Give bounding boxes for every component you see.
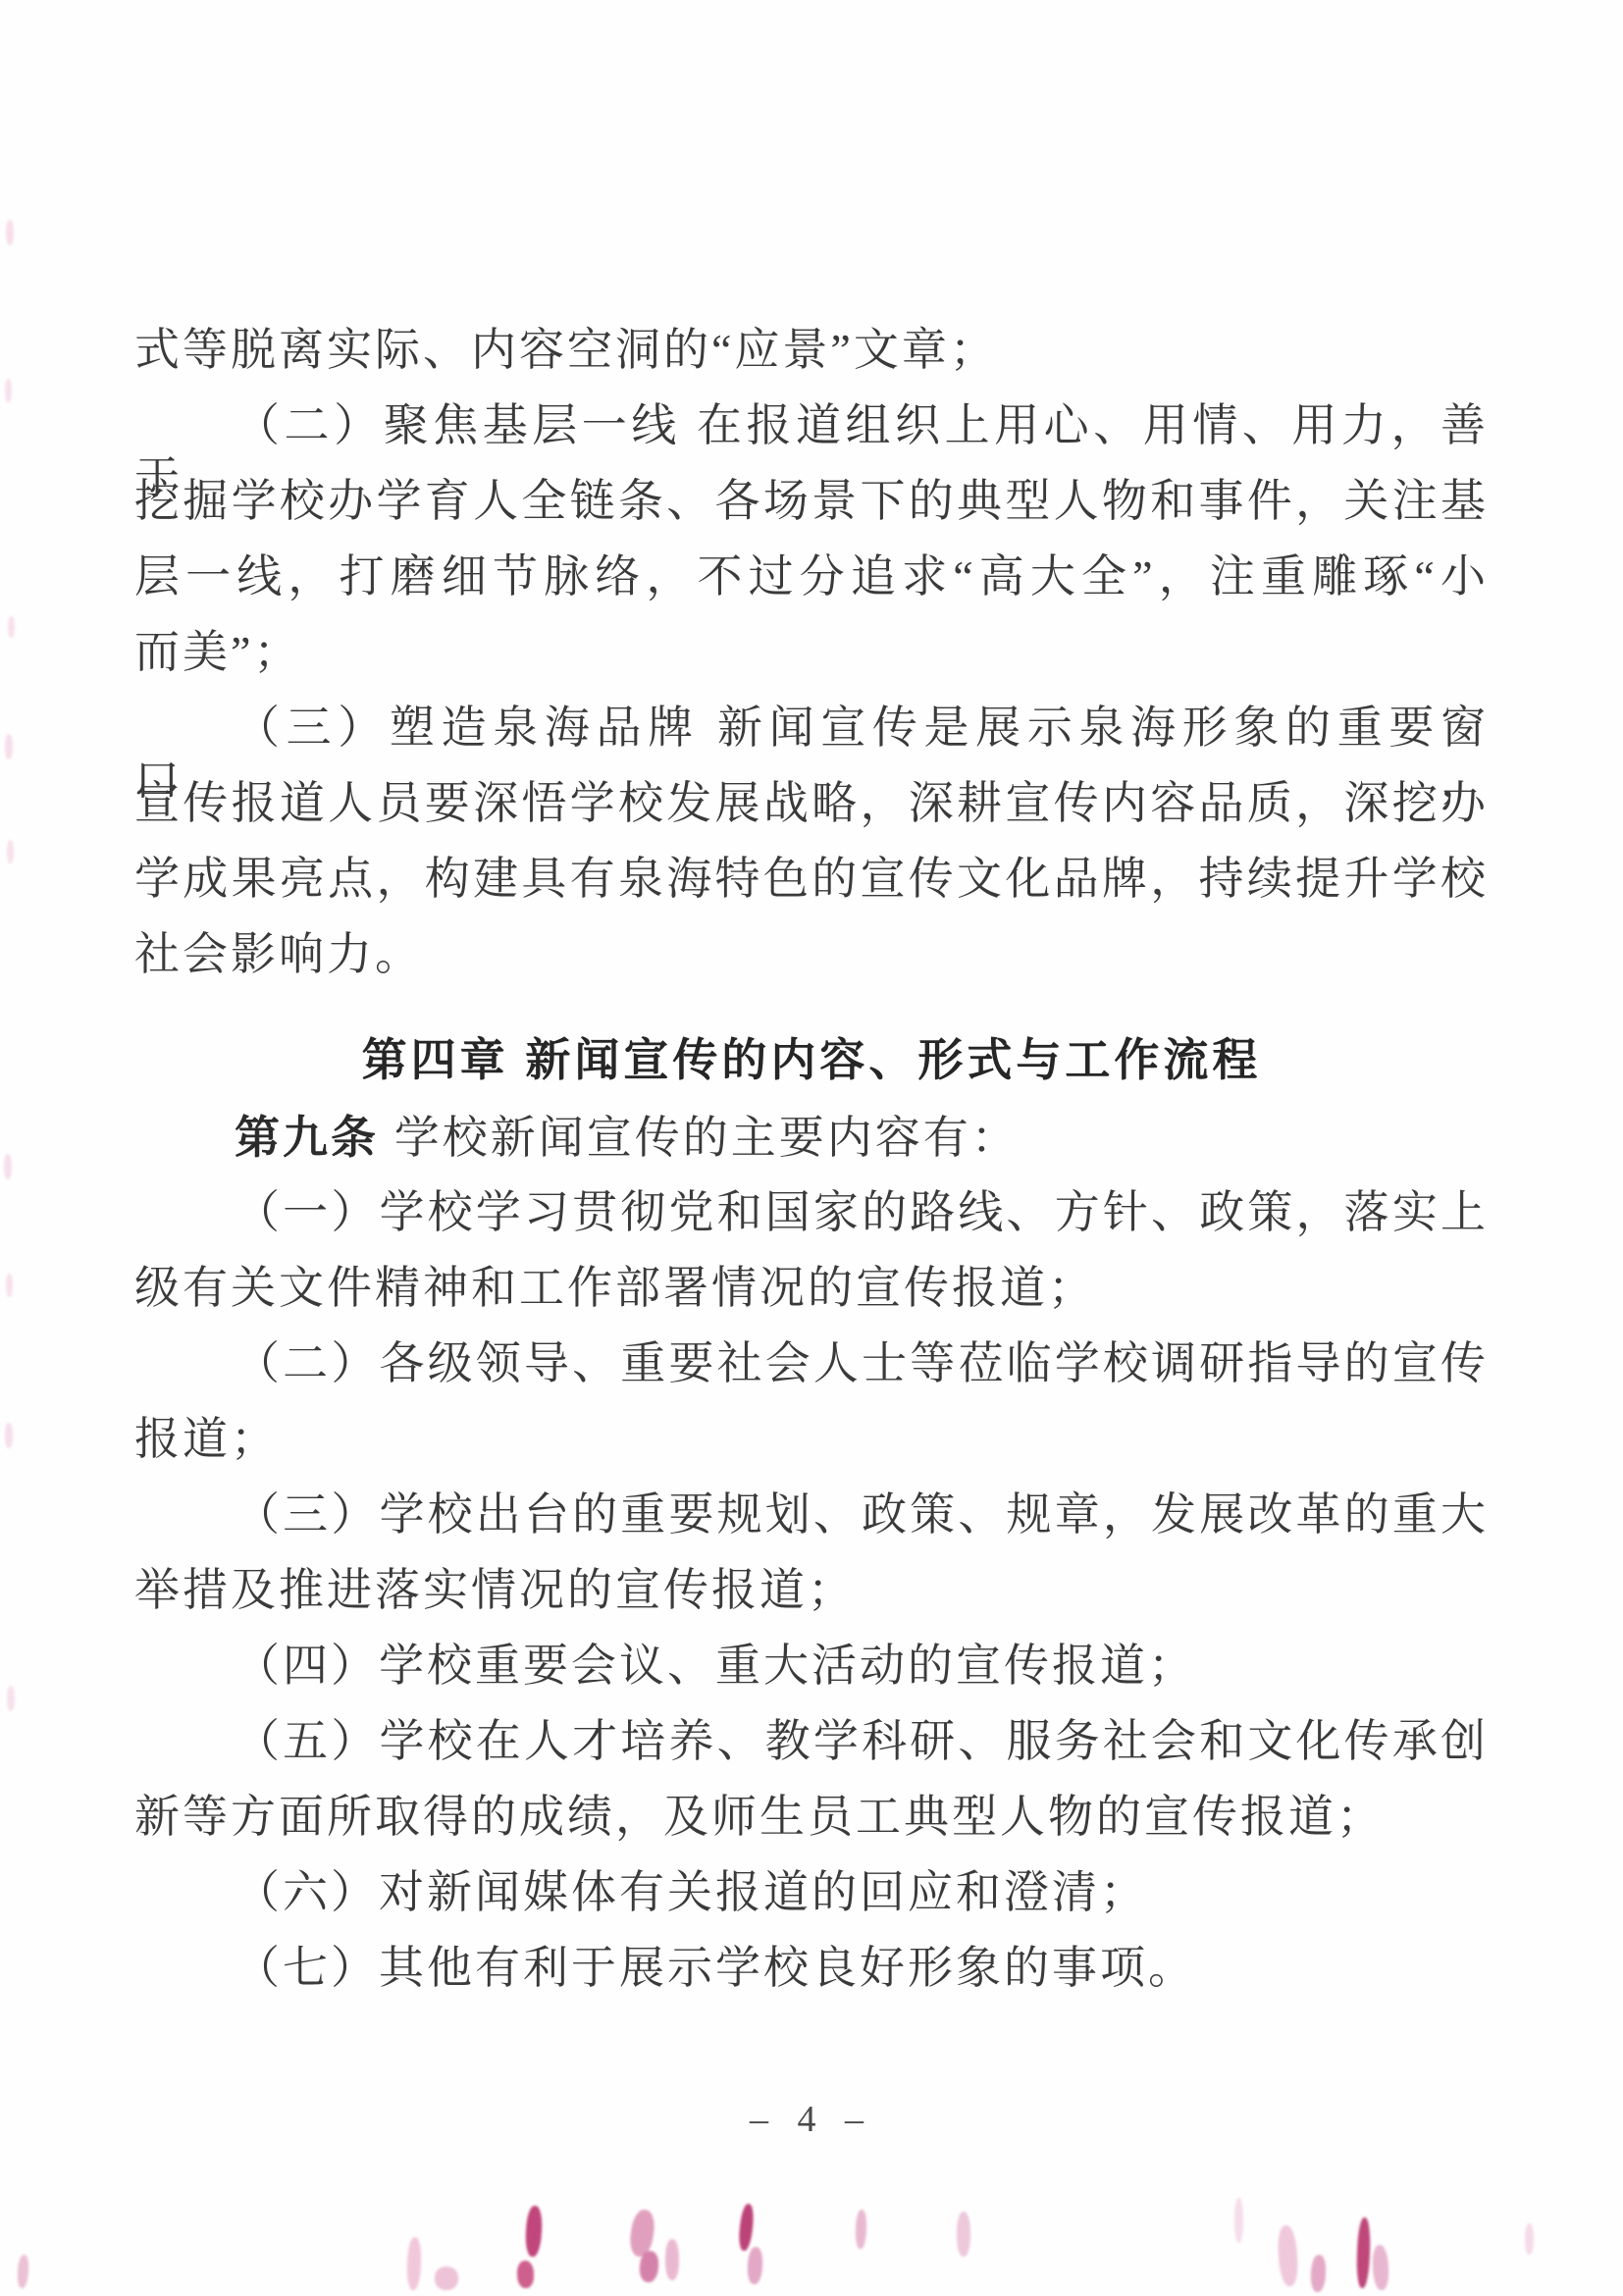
text-line: 式等脱离实际、内容空洞的“应景”文章； <box>134 324 1489 377</box>
ink-smudge <box>747 2247 763 2285</box>
ink-smudge <box>1234 2198 1243 2243</box>
clause-number: 第九条 <box>235 1112 394 1163</box>
text-line: 报道； <box>134 1413 1489 1466</box>
text-line: 层一线，打磨细节脉络，不过分追求“高大全”，注重雕琢“小 <box>134 550 1489 603</box>
text-line: 社会影响力。 <box>134 928 1489 981</box>
ink-smudge <box>5 734 13 759</box>
ink-smudge <box>738 2203 756 2251</box>
ink-smudge <box>4 1154 12 1179</box>
text-line: （五）学校在人才培养、教学科研、服务社会和文化传承创 <box>134 1715 1489 1768</box>
ink-smudge <box>6 220 14 245</box>
text-line: （四）学校重要会议、重大活动的宣传报道； <box>134 1640 1489 1693</box>
document-page: 式等脱离实际、内容空洞的“应景”文章；（二）聚焦基层一线 在报道组织上用心、用情… <box>0 0 1623 2296</box>
text-line: （一）学校学习贯彻党和国家的路线、方针、政策，落实上 <box>134 1186 1489 1239</box>
ink-smudge <box>1372 2245 1389 2291</box>
text-line: 宣传报道人员要深悟学校发展战略，深耕宣传内容品质，深挖办 <box>134 777 1489 830</box>
text-line: （二）各级领导、重要社会人士等莅临学校调研指导的宣传 <box>134 1337 1489 1390</box>
ink-smudge <box>517 2261 535 2289</box>
text-line: 举措及推进落实情况的宣传报道； <box>134 1564 1489 1617</box>
ink-smudge <box>639 2250 660 2283</box>
ink-smudge <box>8 616 15 638</box>
ink-smudge <box>5 379 12 402</box>
text-line: （七）其他有利于展示学校良好形象的事项。 <box>134 1942 1489 1995</box>
ink-smudge <box>1310 2255 1327 2293</box>
ink-smudge <box>5 1423 13 1448</box>
ink-smudge <box>17 2255 29 2289</box>
clause-text: 学校新闻宣传的主要内容有： <box>394 1113 1020 1163</box>
ink-smudge <box>525 2206 544 2258</box>
ink-smudge <box>628 2209 656 2259</box>
ink-smudge <box>957 2212 970 2257</box>
ink-smudge <box>7 1686 15 1711</box>
ink-smudge <box>1277 2224 1299 2286</box>
text-line: 新等方面所取得的成绩，及师生员工典型人物的宣传报道； <box>134 1791 1489 1844</box>
chapter-heading: 第四章 新闻宣传的内容、形式与工作流程 <box>134 1033 1489 1086</box>
text-line: 级有关文件精神和工作部署情况的宣传报道； <box>134 1262 1489 1315</box>
text-line: 挖掘学校办学育人全链条、各场景下的典型人物和事件，关注基 <box>134 475 1489 528</box>
ink-smudge <box>406 2237 422 2290</box>
page-number: – 4 – <box>0 2098 1623 2141</box>
text-line: 第九条 学校新闻宣传的主要内容有： <box>134 1111 1489 1165</box>
ink-smudge <box>855 2210 866 2249</box>
ink-smudge <box>1356 2218 1372 2288</box>
ink-smudge <box>665 2239 679 2280</box>
text-line: （六）对新闻媒体有关报道的回应和澄清； <box>134 1866 1489 1919</box>
text-line: （三）学校出台的重要规划、政策、规章，发展改革的重大 <box>134 1488 1489 1541</box>
ink-smudge <box>6 1274 13 1297</box>
ink-smudge <box>435 2267 458 2290</box>
text-line: 学成果亮点，构建具有泉海特色的宣传文化品牌，持续提升学校 <box>134 853 1489 906</box>
text-line: 而美”； <box>134 626 1489 679</box>
ink-smudge <box>1525 2223 1534 2255</box>
ink-smudge <box>7 840 14 863</box>
